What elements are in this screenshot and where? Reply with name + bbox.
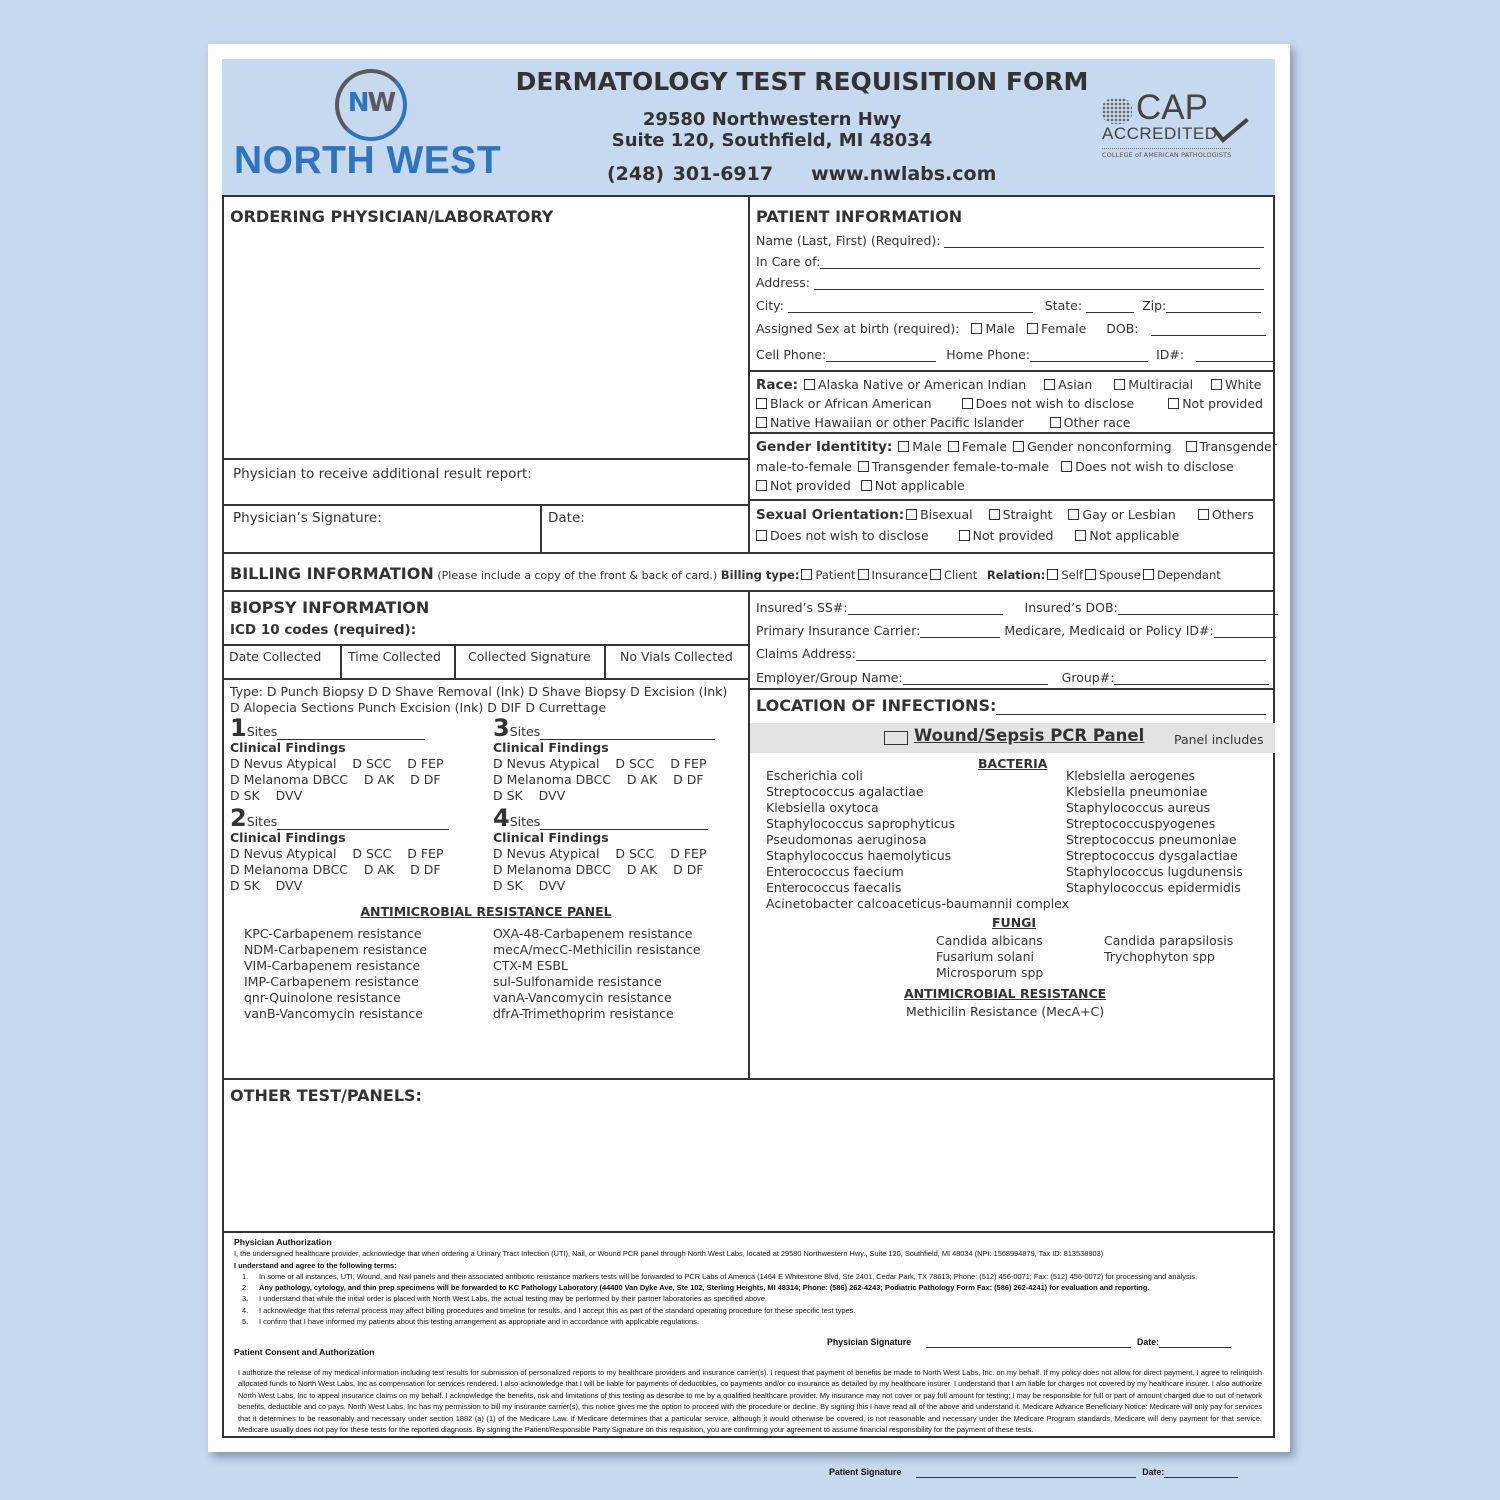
employer-input[interactable] bbox=[903, 672, 1048, 685]
lab-website: www.nwlabs.com bbox=[811, 163, 996, 185]
clinical-findings-title: Clinical Findings bbox=[230, 740, 444, 756]
patient-signature-text: Patient Signature bbox=[829, 1467, 901, 1477]
gender-option-label: Male bbox=[912, 439, 942, 454]
bacteria-item: Staphylococcus haemolyticus bbox=[766, 848, 1069, 864]
bacteria-item: Escherichia coli bbox=[766, 768, 1069, 784]
address-line-2: Suite 120, Southfield, MI 48034 bbox=[542, 130, 1002, 151]
site-number: 2 bbox=[230, 804, 247, 832]
race-option-label: Not provided bbox=[1182, 396, 1263, 411]
race-black-checkbox[interactable] bbox=[756, 398, 767, 409]
site-4: 4Sites Clinical Findings D Nevus Atypica… bbox=[493, 808, 708, 894]
race-option-label: Alaska Native or American Indian bbox=[818, 377, 1026, 392]
additional-report-label: Physician to receive additional result r… bbox=[233, 466, 532, 482]
site-2: 2Sites Clinical Findings D Nevus Atypica… bbox=[230, 808, 449, 894]
term-text: Any pathology, cytology, and thin prep s… bbox=[259, 1282, 1149, 1293]
city-label: City: bbox=[756, 298, 784, 313]
zip-label: Zip: bbox=[1142, 298, 1166, 313]
phone-id-row: Cell Phone: Home Phone: ID#: bbox=[756, 347, 1274, 362]
biopsy-type-options[interactable]: Type: D Punch Biopsy D D Shave Removal (… bbox=[230, 684, 727, 716]
physician-signature-text: Physician Signature bbox=[827, 1337, 911, 1347]
claims-row: Claims Address: bbox=[756, 646, 1266, 661]
dob-label: DOB: bbox=[1106, 321, 1138, 336]
race-option-label: White bbox=[1225, 377, 1261, 392]
orientation-option-label: Not applicable bbox=[1089, 528, 1179, 543]
physician-signature-input[interactable] bbox=[926, 1339, 1131, 1348]
amr-item: sul-Sulfonamide resistance bbox=[493, 974, 701, 990]
bacteria-item: Enterococcus faecalis bbox=[766, 880, 1069, 896]
billing-patient-checkbox[interactable] bbox=[801, 569, 812, 580]
site-2-input[interactable] bbox=[277, 817, 449, 830]
sex-female-checkbox[interactable] bbox=[1027, 323, 1038, 334]
term-number: 4. bbox=[242, 1305, 259, 1316]
gender-nonconforming-checkbox[interactable] bbox=[1013, 441, 1024, 452]
biopsy-title: BIOPSY INFORMATION bbox=[230, 598, 429, 617]
wound-amr-title: ANTIMICROBIAL RESISTANCE bbox=[904, 986, 1106, 1001]
orientation-no-disclose-checkbox[interactable] bbox=[756, 530, 767, 541]
north-west-logo-icon: NW bbox=[335, 69, 407, 141]
other-tests-section[interactable]: OTHER TEST/PANELS: bbox=[224, 1078, 1275, 1231]
race-white-checkbox[interactable] bbox=[1211, 379, 1222, 390]
policy-id-input[interactable] bbox=[1214, 625, 1276, 638]
patient-consent-body: I authorize the release of my medical in… bbox=[238, 1367, 1262, 1435]
amr-panel-title: ANTIMICROBIAL RESISTANCE PANEL bbox=[224, 904, 748, 919]
orientation-gay-checkbox[interactable] bbox=[1068, 509, 1079, 520]
physician-auth-title: Physician Authorization bbox=[234, 1237, 1264, 1248]
additional-report-field[interactable]: Physician to receive additional result r… bbox=[224, 458, 750, 504]
orientation-not-applicable-checkbox[interactable] bbox=[1075, 530, 1086, 541]
gender-option-label: Gender nonconforming bbox=[1027, 439, 1171, 454]
billing-title: BILLING INFORMATION bbox=[230, 564, 434, 583]
site-label: Sites bbox=[247, 724, 278, 739]
relation-option-label: Self bbox=[1061, 568, 1083, 582]
site-label: Sites bbox=[510, 814, 541, 829]
sexual-orientation-section: Sexual Orientation:Bisexual Straight Gay… bbox=[750, 499, 1275, 552]
finding-options[interactable]: D Nevus Atypical D SCC D FEP bbox=[230, 756, 444, 772]
physician-signature-line: Physician Signature Date: bbox=[827, 1337, 1231, 1348]
race-asian-checkbox[interactable] bbox=[1044, 379, 1055, 390]
patient-information-title: PATIENT INFORMATION bbox=[756, 207, 962, 226]
physician-auth-intro: I, the undersigned healthcare provider, … bbox=[234, 1248, 1264, 1259]
orientation-not-provided-checkbox[interactable] bbox=[959, 530, 970, 541]
date-collected-cell[interactable]: Date Collected bbox=[224, 646, 342, 680]
cap-text: CAP bbox=[1136, 88, 1208, 128]
bacteria-item: Streptococcus dysgalactiae bbox=[1066, 848, 1243, 864]
race-alaska-checkbox[interactable] bbox=[804, 379, 815, 390]
race-option-label: Multiracial bbox=[1128, 377, 1193, 392]
zip-input[interactable] bbox=[1166, 300, 1261, 313]
amr-item: CTX-M ESBL bbox=[493, 958, 701, 974]
panel-includes-label: Panel includes bbox=[1174, 732, 1264, 747]
bacteria-item: Klebsiella aerogenes bbox=[1066, 768, 1243, 784]
gender-no-disclose-checkbox[interactable] bbox=[1061, 461, 1072, 472]
site-1-input[interactable] bbox=[277, 727, 425, 740]
biopsy-type-line: D Alopecia Sections Punch Excision (Ink)… bbox=[230, 700, 727, 716]
claims-address-label: Claims Address: bbox=[756, 646, 856, 661]
site-1: 1Sites Clinical Findings D Nevus Atypica… bbox=[230, 718, 444, 804]
clinical-findings-title: Clinical Findings bbox=[493, 740, 715, 756]
fungi-item: Candida parapsilosis bbox=[1104, 933, 1233, 949]
physician-signature-label: Physician’s Signature: bbox=[233, 510, 382, 526]
gender-option-label: Transgender female-to-male bbox=[872, 459, 1049, 474]
infection-location-section: LOCATION OF INFECTIONS: Wound/Sepsis PCR… bbox=[750, 690, 1275, 1078]
insured-ss-label: Insured’s SS#: bbox=[756, 600, 848, 615]
sex-female-label: Female bbox=[1041, 321, 1086, 336]
physician-signature-field[interactable]: Physician’s Signature: bbox=[224, 504, 542, 552]
site-label: Sites bbox=[247, 814, 278, 829]
gender-mtf-checkbox[interactable] bbox=[1186, 441, 1197, 452]
other-tests-title: OTHER TEST/PANELS: bbox=[230, 1086, 422, 1105]
race-option-label: Black or African American bbox=[770, 396, 932, 411]
id-label: ID#: bbox=[1156, 347, 1184, 362]
finding-options[interactable]: D Nevus Atypical D SCC D FEP bbox=[493, 846, 708, 862]
time-collected-cell[interactable]: Time Collected bbox=[342, 646, 456, 680]
orientation-others-checkbox[interactable] bbox=[1198, 509, 1209, 520]
orientation-option-label: Gay or Lesbian bbox=[1082, 507, 1175, 522]
physician-auth-agree: I understand and agree to the following … bbox=[234, 1260, 1264, 1271]
group-label: Group#: bbox=[1062, 670, 1115, 685]
claims-address-input[interactable] bbox=[856, 648, 1266, 661]
fungi-right-list: Candida parapsilosisTrychophyton spp bbox=[1104, 933, 1233, 965]
sexual-orientation-label: Sexual Orientation: bbox=[756, 507, 904, 523]
race-option-label: Other race bbox=[1064, 415, 1131, 430]
patient-signature-input[interactable] bbox=[916, 1469, 1136, 1478]
orientation-option-label: Does not wish to disclose bbox=[770, 528, 929, 543]
bacteria-item: Streptococcus pneumoniae bbox=[1066, 832, 1243, 848]
relation-self-checkbox[interactable] bbox=[1047, 569, 1058, 580]
ordering-physician-title: ORDERING PHYSICIAN/LABORATORY bbox=[230, 207, 553, 226]
patient-consent-title: Patient Consent and Authorization bbox=[234, 1347, 375, 1358]
site-label: Sites bbox=[510, 724, 541, 739]
physician-date-input[interactable] bbox=[1159, 1339, 1231, 1348]
bacteria-item: Staphylococcus saprophyticus bbox=[766, 816, 1069, 832]
amr-item: NDM-Carbapenem resistance bbox=[244, 942, 427, 958]
gender-ftm-checkbox[interactable] bbox=[858, 461, 869, 472]
fungi-title: FUNGI bbox=[992, 915, 1036, 930]
location-title: LOCATION OF INFECTIONS: bbox=[756, 696, 996, 715]
address-line-1: 29580 Northwestern Hwy bbox=[542, 109, 1002, 130]
in-care-of-input[interactable] bbox=[820, 256, 1260, 269]
logo-initial-w: W bbox=[368, 88, 395, 118]
form-header: NW NORTH WEST DERMATOLOGY TEST REQUISITI… bbox=[222, 59, 1275, 196]
bacteria-item: Enterococcus faecium bbox=[766, 864, 1069, 880]
lab-address: 29580 Northwestern Hwy Suite 120, Southf… bbox=[542, 109, 1002, 151]
term-text: In some or all instances, UTI, Wound, an… bbox=[259, 1271, 1197, 1282]
cap-dots-icon bbox=[1102, 98, 1132, 124]
city-input[interactable] bbox=[788, 300, 1033, 313]
amr-item: VIM-Carbapenem resistance bbox=[244, 958, 427, 974]
finding-options[interactable]: D SK DVV bbox=[493, 878, 708, 894]
fungi-item: Microsporum spp bbox=[936, 965, 1043, 981]
vials-collected-cell[interactable]: No Vials Collected bbox=[606, 646, 748, 680]
home-phone-label: Home Phone: bbox=[946, 347, 1030, 362]
orientation-option-label: Others bbox=[1212, 507, 1254, 522]
insured-dob-input[interactable] bbox=[1118, 602, 1278, 615]
term-text: I confirm that I have informed my patien… bbox=[259, 1316, 699, 1327]
term-item: 2.Any pathology, cytology, and thin prep… bbox=[242, 1282, 1264, 1293]
gender-identity-section: Gender Identitity: Male Female Gender no… bbox=[750, 432, 1275, 499]
gender-identity-label: Gender Identitity: bbox=[756, 439, 892, 455]
billing-option-label: Patient bbox=[815, 568, 855, 582]
race-no-disclose-checkbox[interactable] bbox=[962, 398, 973, 409]
amr-item: qnr-Quinolone resistance bbox=[244, 990, 427, 1006]
billing-option-label: Client bbox=[944, 568, 977, 582]
home-phone-input[interactable] bbox=[1030, 349, 1148, 362]
lab-phone: (248) 301-6917 bbox=[607, 163, 773, 185]
in-care-of-label: In Care of: bbox=[756, 254, 820, 269]
wound-panel-checkbox[interactable] bbox=[884, 731, 908, 745]
billing-client-checkbox[interactable] bbox=[930, 569, 941, 580]
gender-option-label: Not applicable bbox=[875, 478, 965, 493]
patient-name-field[interactable]: Name (Last, First) (Required): bbox=[756, 233, 1264, 248]
site-4-input[interactable] bbox=[540, 817, 708, 830]
collected-signature-cell[interactable]: Collected Signature bbox=[456, 646, 606, 680]
relation-label: Relation: bbox=[987, 568, 1045, 582]
clinical-findings-title: Clinical Findings bbox=[493, 830, 708, 846]
finding-options[interactable]: D Nevus Atypical D SCC D FEP bbox=[230, 846, 449, 862]
employer-row: Employer/Group Name: Group#: bbox=[756, 670, 1269, 685]
cell-phone-label: Cell Phone: bbox=[756, 347, 826, 362]
cap-college-text: COLLEGE of AMERICAN PATHOLOGISTS bbox=[1102, 148, 1231, 159]
orientation-bisexual-checkbox[interactable] bbox=[906, 509, 917, 520]
orientation-option-label: Bisexual bbox=[920, 507, 972, 522]
amr-item: KPC-Carbapenem resistance bbox=[244, 926, 427, 942]
requisition-form-page: NW NORTH WEST DERMATOLOGY TEST REQUISITI… bbox=[208, 44, 1290, 1452]
cell-phone-input[interactable] bbox=[826, 349, 936, 362]
authorization-section: Physician Authorization I, the undersign… bbox=[224, 1231, 1275, 1438]
race-option-label: Asian bbox=[1058, 377, 1092, 392]
logo-wordmark: NORTH WEST bbox=[234, 139, 501, 183]
billing-type-label: Billing type: bbox=[721, 568, 800, 582]
finding-options[interactable]: D Nevus Atypical D SCC D FEP bbox=[493, 756, 715, 772]
term-number: 3. bbox=[242, 1293, 259, 1304]
finding-options[interactable]: D Melanoma DBCC D AK D DF bbox=[493, 772, 715, 788]
relation-dependant-checkbox[interactable] bbox=[1143, 569, 1154, 580]
wound-panel-title: Wound/Sepsis PCR Panel bbox=[914, 726, 1144, 745]
term-item: 3.I understand that while the initial or… bbox=[242, 1293, 1264, 1304]
bacteria-left-list: Escherichia coliStreptococcus agalactiae… bbox=[766, 768, 1069, 912]
fungi-item: Candida albicans bbox=[936, 933, 1043, 949]
amr-item: mecA/mecC-Methicilin resistance bbox=[493, 942, 701, 958]
carrier-row: Primary Insurance Carrier: Medicare, Med… bbox=[756, 623, 1276, 638]
term-item: 5.I confirm that I have informed my pati… bbox=[242, 1316, 1264, 1327]
bacteria-item: Klebsiella oxytoca bbox=[766, 800, 1069, 816]
collected-signature-label: Collected Signature bbox=[468, 649, 591, 664]
orientation-option-label: Not provided bbox=[973, 528, 1054, 543]
amr-item: vanA-Vancomycin resistance bbox=[493, 990, 701, 1006]
insured-dob-label: Insured’s DOB: bbox=[1025, 600, 1118, 615]
icd-codes-label: ICD 10 codes (required): bbox=[230, 622, 416, 638]
cap-accredited-badge: CAP ACCREDITED COLLEGE of AMERICAN PATHO… bbox=[1100, 94, 1260, 164]
physician-date-label: Date: bbox=[548, 510, 585, 526]
biopsy-type-line: Type: D Punch Biopsy D D Shave Removal (… bbox=[230, 684, 727, 700]
race-section: Race: Alaska Native or American Indian A… bbox=[750, 370, 1275, 432]
billing-note: (Please include a copy of the front & ba… bbox=[437, 569, 717, 582]
amr-item: dfrA-Trimethoprim resistance bbox=[493, 1006, 701, 1022]
patient-signature-line: Patient Signature Date: bbox=[829, 1467, 1238, 1478]
site-number: 1 bbox=[230, 714, 247, 742]
date-collected-label: Date Collected bbox=[229, 649, 321, 664]
dob-input[interactable] bbox=[1151, 323, 1266, 336]
state-input[interactable] bbox=[1086, 300, 1134, 313]
cap-accredited-text: ACCREDITED bbox=[1102, 124, 1218, 144]
wound-panel-header: Wound/Sepsis PCR Panel Panel includes bbox=[750, 723, 1275, 753]
race-option-label: Does not wish to disclose bbox=[976, 396, 1135, 411]
bacteria-right-list: Klebsiella aerogenesKlebsiella pneumonia… bbox=[1066, 768, 1243, 896]
race-other-checkbox[interactable] bbox=[1050, 417, 1061, 428]
clinical-findings-title: Clinical Findings bbox=[230, 830, 449, 846]
vials-collected-label: No Vials Collected bbox=[620, 649, 733, 664]
patient-date-text: Date: bbox=[1142, 1467, 1164, 1477]
sex-dob-row: Assigned Sex at birth (required): Male F… bbox=[756, 321, 1266, 336]
finding-options[interactable]: D SK DVV bbox=[493, 788, 715, 804]
term-item: 4.I acknowledge that this referral proce… bbox=[242, 1305, 1264, 1316]
amr-right-list: OXA-48-Carbapenem resistancemecA/mecC-Me… bbox=[493, 926, 701, 1022]
relation-spouse-checkbox[interactable] bbox=[1085, 569, 1096, 580]
physician-authorization: Physician Authorization I, the undersign… bbox=[234, 1237, 1264, 1327]
gender-male-checkbox[interactable] bbox=[898, 441, 909, 452]
location-input[interactable] bbox=[996, 699, 1266, 715]
fungi-item: Fusarium solani bbox=[936, 949, 1043, 965]
gender-not-provided-checkbox[interactable] bbox=[756, 480, 767, 491]
sex-male-label: Male bbox=[985, 321, 1015, 336]
fungi-item: Trychophyton spp bbox=[1104, 949, 1233, 965]
bacteria-item: Acinetobacter calcoaceticus-baumannii co… bbox=[766, 896, 1069, 912]
term-number: 2. bbox=[242, 1282, 259, 1293]
logo-initial-n: N bbox=[348, 88, 368, 118]
bacteria-item: Staphylococcus lugdunensis bbox=[1066, 864, 1243, 880]
race-option-label: Native Hawaiian or other Pacific Islande… bbox=[770, 415, 1024, 430]
carrier-label: Primary Insurance Carrier: bbox=[756, 623, 920, 638]
term-item: 1.In some or all instances, UTI, Wound, … bbox=[242, 1271, 1264, 1282]
billing-information-bar: BILLING INFORMATION (Please include a co… bbox=[224, 552, 1275, 592]
finding-options[interactable]: D SK DVV bbox=[230, 878, 449, 894]
collection-table: Date Collected Time Collected Collected … bbox=[224, 644, 748, 680]
gender-female-checkbox[interactable] bbox=[948, 441, 959, 452]
ordering-physician-section[interactable]: ORDERING PHYSICIAN/LABORATORY bbox=[224, 197, 750, 458]
site-3-input[interactable] bbox=[540, 727, 715, 740]
address-input[interactable] bbox=[814, 277, 1264, 290]
gender-option-label: male-to-female bbox=[756, 459, 852, 474]
patient-information-section: PATIENT INFORMATION Name (Last, First) (… bbox=[750, 197, 1275, 370]
fungi-left-list: Candida albicansFusarium solaniMicrospor… bbox=[936, 933, 1043, 981]
gender-not-applicable-checkbox[interactable] bbox=[861, 480, 872, 491]
gender-option-label: Does not wish to disclose bbox=[1075, 459, 1234, 474]
insured-ss-row: Insured’s SS#: Insured’s DOB: bbox=[756, 600, 1278, 615]
patient-date-input[interactable] bbox=[1164, 1469, 1238, 1478]
bacteria-item: Streptococcus agalactiae bbox=[766, 784, 1069, 800]
bacteria-item: Pseudomonas aeruginosa bbox=[766, 832, 1069, 848]
bacteria-item: Streptococcuspyogenes bbox=[1066, 816, 1243, 832]
wound-amr-item: Methicilin Resistance (MecA+C) bbox=[906, 1004, 1104, 1020]
patient-name-input[interactable] bbox=[944, 235, 1264, 248]
form-body: ORDERING PHYSICIAN/LABORATORY Physician … bbox=[222, 195, 1275, 1438]
finding-options[interactable]: D Melanoma DBCC D AK D DF bbox=[230, 862, 449, 878]
term-number: 5. bbox=[242, 1316, 259, 1327]
lab-contact: (248) 301-6917www.nwlabs.com bbox=[607, 163, 996, 185]
form-title: DERMATOLOGY TEST REQUISITION FORM bbox=[502, 67, 1102, 96]
carrier-input[interactable] bbox=[920, 625, 1000, 638]
employer-label: Employer/Group Name: bbox=[756, 670, 903, 685]
physician-date-field[interactable]: Date: bbox=[542, 504, 750, 552]
insurance-section: Insured’s SS#: Insured’s DOB: Primary In… bbox=[750, 592, 1275, 690]
billing-insurance-checkbox[interactable] bbox=[858, 569, 869, 580]
city-state-zip-row: City: State: Zip: bbox=[756, 298, 1261, 313]
location-row: LOCATION OF INFECTIONS: bbox=[756, 696, 1266, 715]
race-label: Race: bbox=[756, 377, 798, 393]
in-care-of-field[interactable]: In Care of: bbox=[756, 254, 1260, 269]
orientation-option-label: Straight bbox=[1003, 507, 1053, 522]
finding-options[interactable]: D SK DVV bbox=[230, 788, 444, 804]
group-input[interactable] bbox=[1114, 672, 1269, 685]
bacteria-item: Staphylococcus aureus bbox=[1066, 800, 1243, 816]
bacteria-item: Staphylococcus epidermidis bbox=[1066, 880, 1243, 896]
address-field[interactable]: Address: bbox=[756, 275, 1264, 290]
id-input[interactable] bbox=[1196, 349, 1274, 362]
gender-option-label: Not provided bbox=[770, 478, 851, 493]
insured-ss-input[interactable] bbox=[848, 602, 1003, 615]
relation-option-label: Spouse bbox=[1099, 568, 1141, 582]
bacteria-item: Klebsiella pneumoniae bbox=[1066, 784, 1243, 800]
site-number: 4 bbox=[493, 804, 510, 832]
term-text: I acknowledge that this referral process… bbox=[259, 1305, 855, 1316]
sex-male-checkbox[interactable] bbox=[971, 323, 982, 334]
patient-name-label: Name (Last, First) (Required): bbox=[756, 233, 940, 248]
orientation-straight-checkbox[interactable] bbox=[989, 509, 1000, 520]
billing-option-label: Insurance bbox=[872, 568, 928, 582]
biopsy-information-section: BIOPSY INFORMATION ICD 10 codes (require… bbox=[224, 592, 750, 1078]
policy-id-label: Medicare, Medicaid or Policy ID#: bbox=[1004, 623, 1213, 638]
amr-item: IMP-Carbapenem resistance bbox=[244, 974, 427, 990]
sex-label: Assigned Sex at birth (required): bbox=[756, 321, 960, 336]
site-number: 3 bbox=[493, 714, 510, 742]
gender-option-label: Transgender bbox=[1200, 439, 1277, 454]
term-text: I understand that while the initial orde… bbox=[259, 1293, 767, 1304]
physician-date-text: Date: bbox=[1137, 1337, 1159, 1347]
gender-option-label: Female bbox=[962, 439, 1007, 454]
site-3: 3Sites Clinical Findings D Nevus Atypica… bbox=[493, 718, 715, 804]
amr-item: vanB-Vancomycin resistance bbox=[244, 1006, 427, 1022]
amr-item: OXA-48-Carbapenem resistance bbox=[493, 926, 701, 942]
race-not-provided-checkbox[interactable] bbox=[1168, 398, 1179, 409]
time-collected-label: Time Collected bbox=[348, 649, 441, 664]
address-label: Address: bbox=[756, 275, 810, 290]
race-multiracial-checkbox[interactable] bbox=[1114, 379, 1125, 390]
finding-options[interactable]: D Melanoma DBCC D AK D DF bbox=[493, 862, 708, 878]
state-label: State: bbox=[1045, 298, 1082, 313]
amr-left-list: KPC-Carbapenem resistanceNDM-Carbapenem … bbox=[244, 926, 427, 1022]
terms-list: 1.In some or all instances, UTI, Wound, … bbox=[234, 1271, 1264, 1327]
relation-option-label: Dependant bbox=[1157, 568, 1221, 582]
race-hawaiian-checkbox[interactable] bbox=[756, 417, 767, 428]
term-number: 1. bbox=[242, 1271, 259, 1282]
finding-options[interactable]: D Melanoma DBCC D AK D DF bbox=[230, 772, 444, 788]
